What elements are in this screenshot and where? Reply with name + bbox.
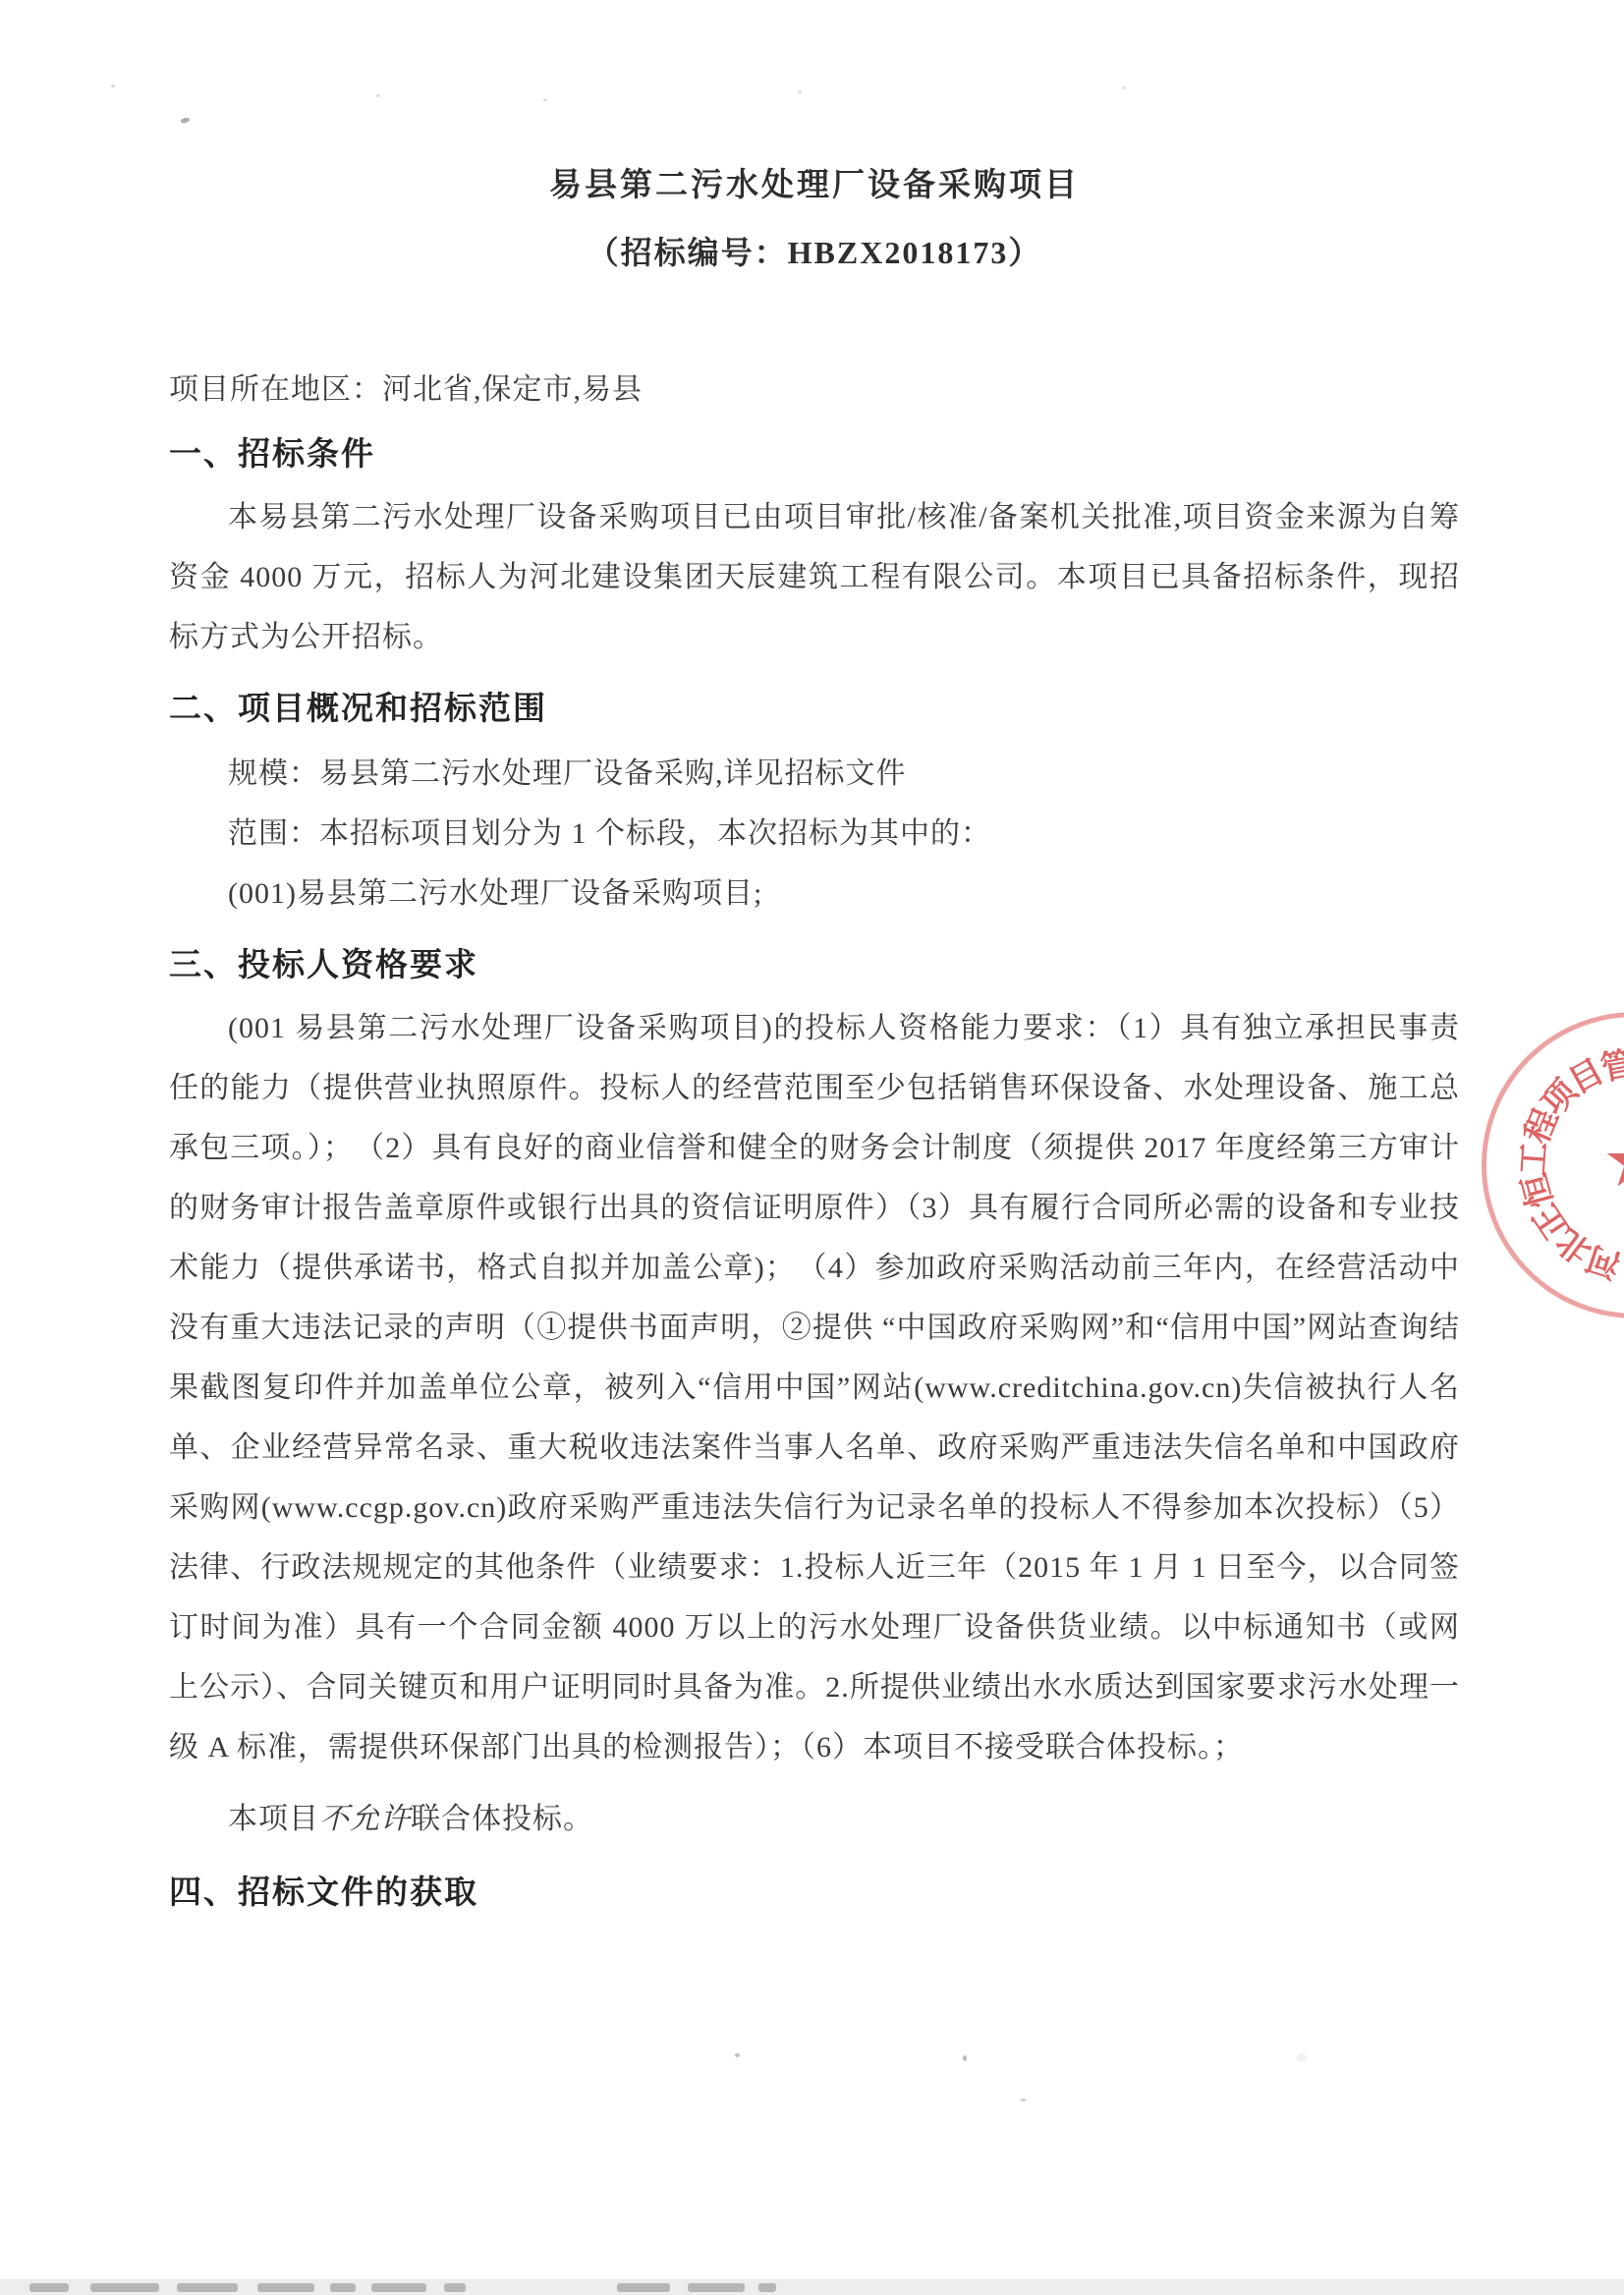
tender-conditions-paragraph: 本易县第二污水处理厂设备采购项目已由项目审批/核准/备案机关批准,项目资金来源为… [169, 487, 1460, 667]
consortium-note-suffix: 联合体投标。 [411, 1803, 593, 1835]
document-body: 易县第二污水处理厂设备采购项目 （招标编号：HBZX2018173） 项目所在地… [169, 165, 1460, 1918]
scan-speck [963, 2055, 967, 2061]
bidder-qualifications-paragraph: (001 易县第二污水处理厂设备采购项目)的投标人资格能力要求：（1）具有独立承… [169, 998, 1460, 1777]
scan-speck [1020, 2099, 1027, 2101]
seal-character: 工 [1505, 1140, 1555, 1176]
seal-character: 正 [1519, 1196, 1578, 1251]
scan-edge-dash [177, 2283, 238, 2292]
scope-scale-line: 规模：易县第二污水处理厂设备采购,详见招标文件 [169, 744, 1460, 804]
scan-edge-dash [617, 2283, 670, 2292]
scan-edge-dash [688, 2283, 745, 2292]
scan-edge-dash [758, 2283, 776, 2292]
seal-star-icon: ★ [1602, 1119, 1624, 1204]
scan-edge-dash [444, 2283, 466, 2292]
consortium-note-prefix: 本项目 [228, 1803, 319, 1835]
project-scope-block: 规模：易县第二污水处理厂设备采购,详见招标文件 范围：本招标项目划分为 1 个标… [169, 744, 1460, 924]
page-title: 易县第二污水处理厂设备采购项目 [169, 165, 1460, 206]
scan-speck [180, 117, 190, 125]
seal-character: 河 [1579, 1236, 1624, 1292]
tender-number: （招标编号：HBZX2018173） [169, 232, 1460, 273]
scan-speck [516, 1379, 520, 1382]
seal-character: 管 [1596, 1036, 1624, 1090]
scan-edge-dash [90, 2283, 159, 2292]
section-heading-tender-conditions: 一、招标条件 [169, 430, 1460, 479]
section-heading-obtaining-documents: 四、招标文件的获取 [169, 1869, 1460, 1918]
scan-speck [1122, 86, 1126, 89]
seal-ring [1482, 1012, 1624, 1318]
scan-edge-dash [29, 2283, 69, 2292]
scan-speck [735, 2053, 740, 2057]
section-heading-project-overview: 二、项目概况和招标范围 [169, 685, 1460, 734]
seal-character: 恒 [1507, 1169, 1562, 1214]
scan-edge-artifact [0, 2279, 1624, 2295]
consortium-note-emphasis: 不允许 [319, 1803, 411, 1835]
seal-character: 项 [1528, 1067, 1586, 1124]
seal-character: 目 [1558, 1044, 1610, 1102]
scan-speck [543, 98, 547, 101]
document-page: 易县第二污水处理厂设备采购项目 （招标编号：HBZX2018173） 项目所在地… [0, 0, 1624, 2295]
seal-character: 北 [1544, 1219, 1600, 1278]
scope-lot-line: (001)易县第二污水处理厂设备采购项目; [169, 864, 1460, 924]
scan-speck [798, 90, 802, 93]
scan-edge-dash [371, 2283, 426, 2292]
scan-speck [111, 84, 115, 87]
project-location-line: 项目所在地区：河北省,保定市,易县 [169, 367, 1460, 413]
scan-edge-dash [257, 2283, 314, 2292]
scan-speck [376, 94, 380, 97]
consortium-note: 本项目不允许联合体投标。 [169, 1789, 1460, 1849]
scan-speck [1297, 2053, 1307, 2062]
section-heading-bidder-qualifications: 三、投标人资格要求 [169, 941, 1460, 990]
scan-edge-dash [330, 2283, 356, 2292]
official-seal-stamp: 河 北 正 恒 工 程 项 目 管 ★ [1482, 1012, 1624, 1318]
seal-character: 程 [1510, 1100, 1567, 1149]
scope-range-line: 范围：本招标项目划分为 1 个标段，本次招标为其中的： [169, 804, 1460, 864]
